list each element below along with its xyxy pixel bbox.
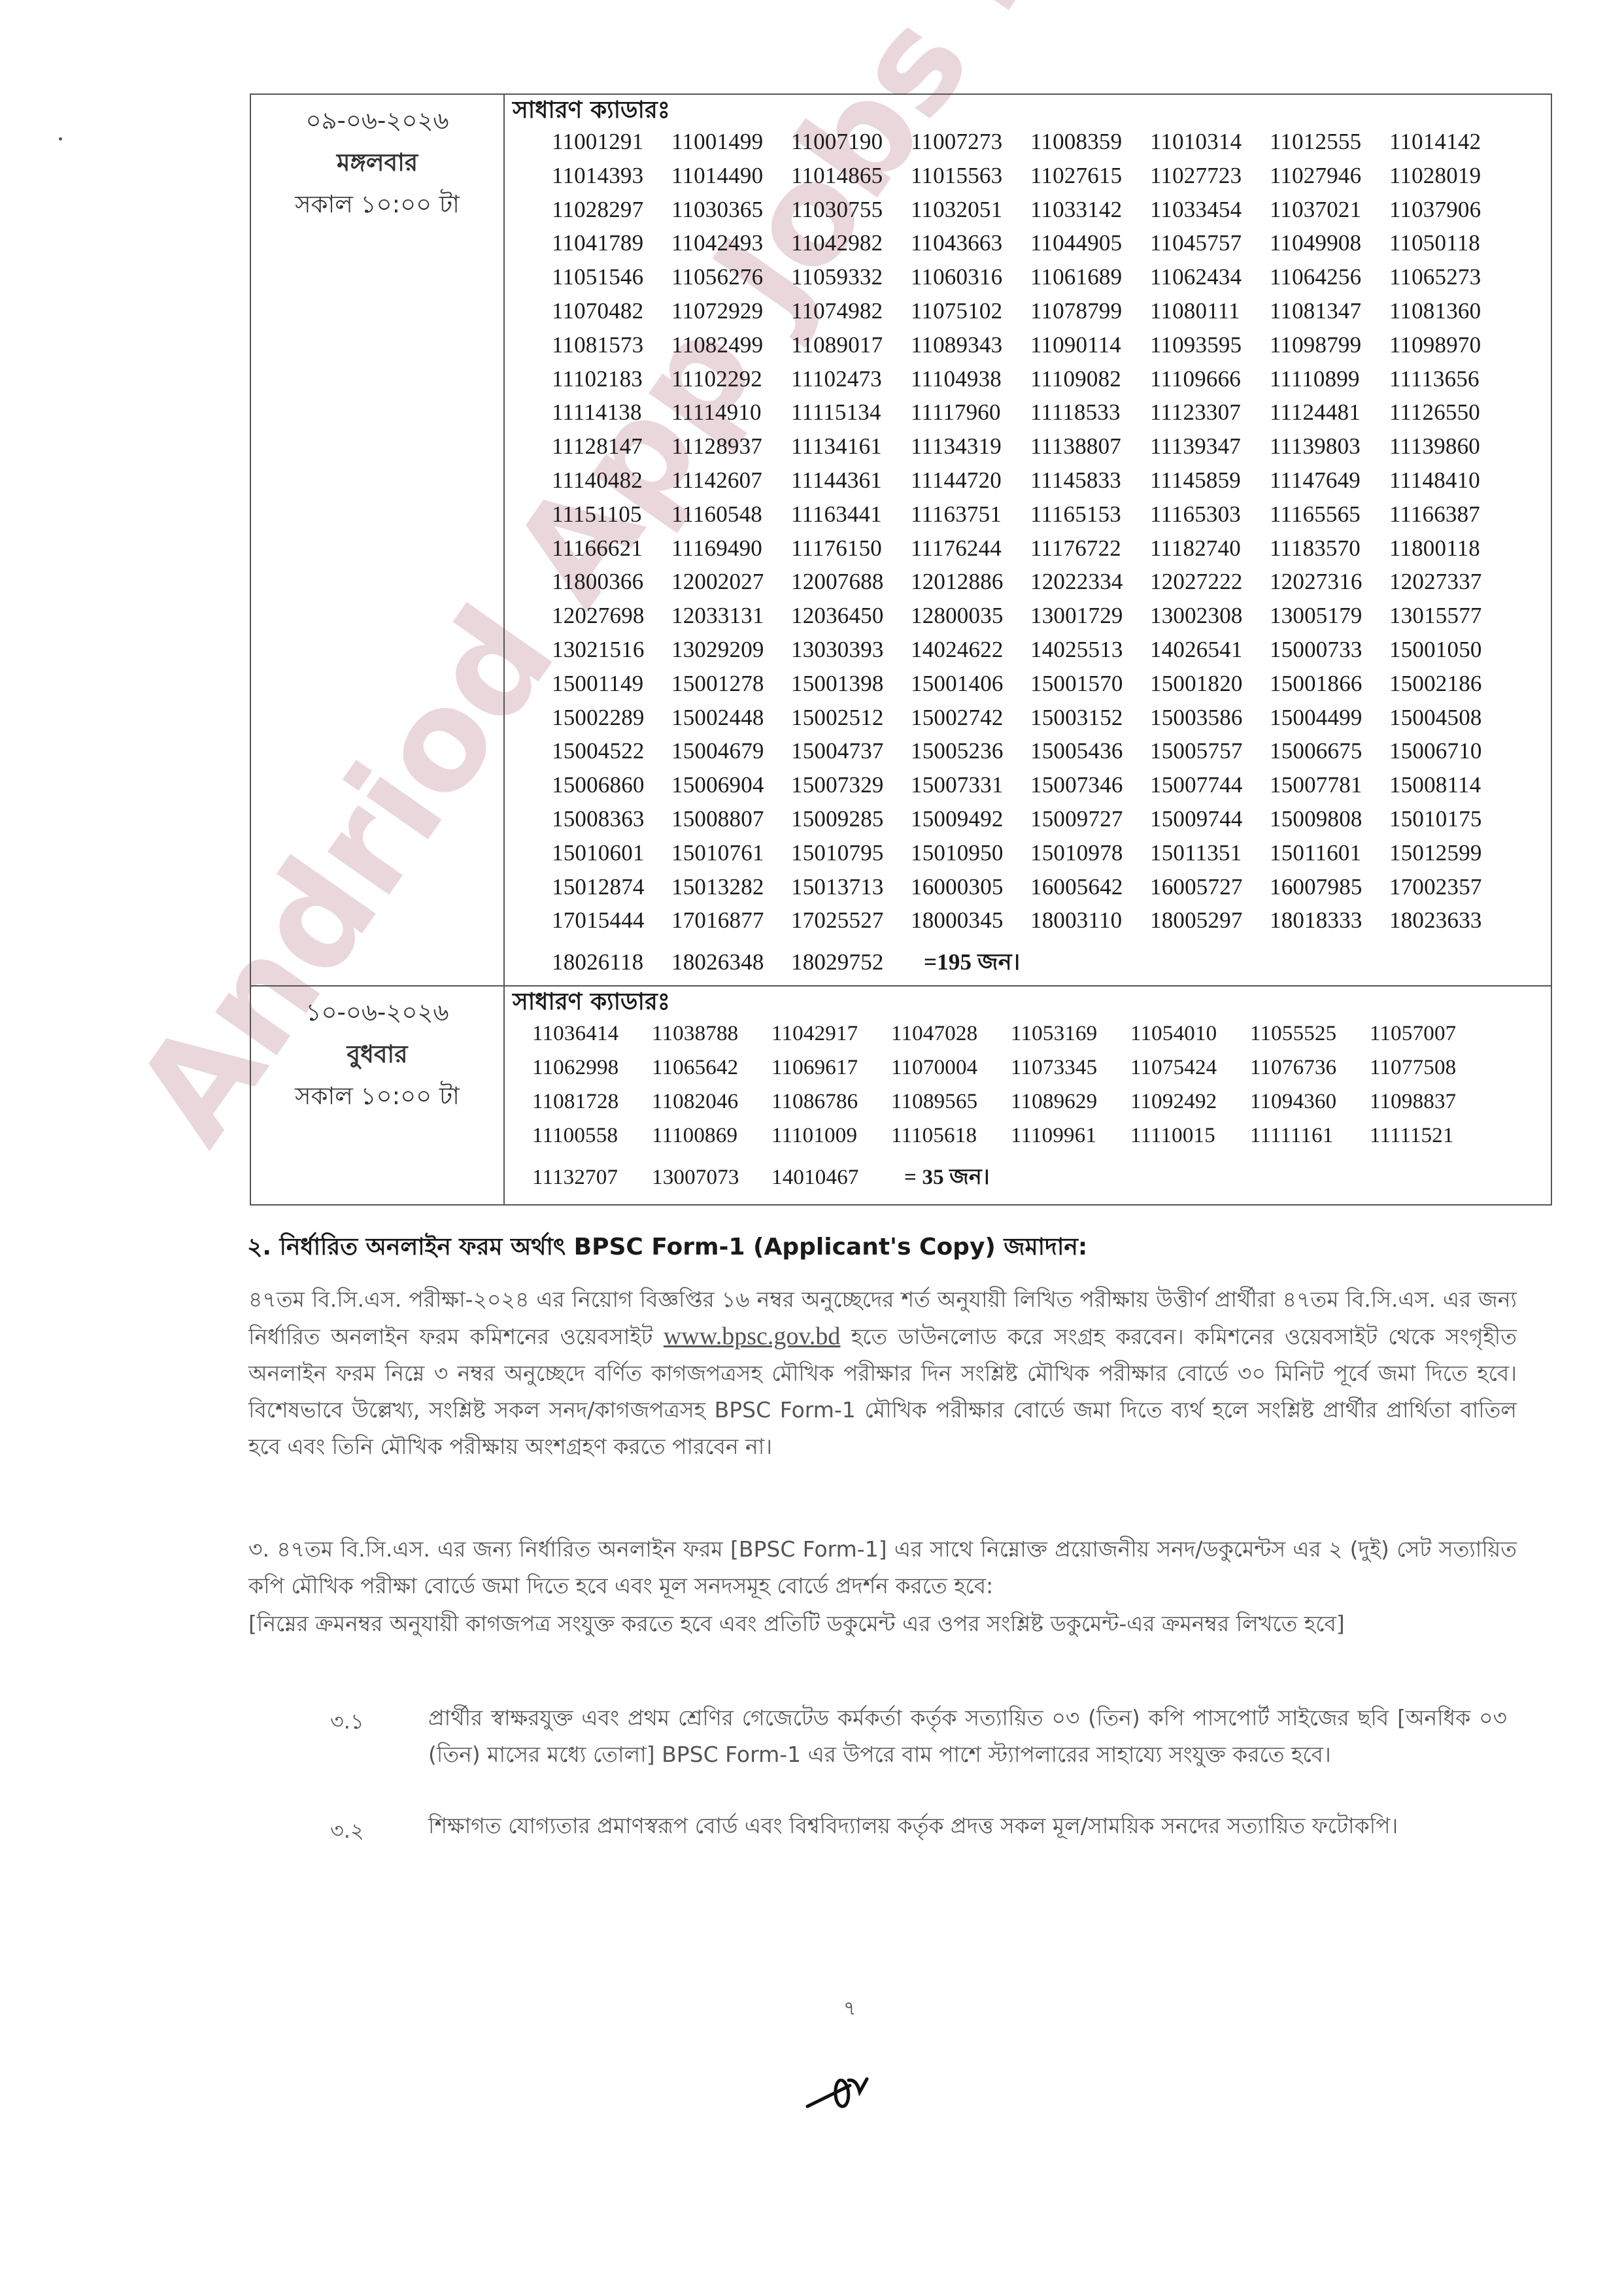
roll-number: 11086786 [771, 1085, 891, 1119]
roll-number: 11123307 [1150, 396, 1270, 430]
roll-number: 16000305 [911, 870, 1030, 904]
roll-number: 15007744 [1150, 768, 1270, 802]
roll-number: 12027698 [552, 599, 671, 633]
roll-number: 11114910 [671, 396, 791, 430]
roll-number: 15008114 [1389, 768, 1509, 802]
roll-number: 13001729 [1030, 599, 1150, 633]
roll-row: 1302151613029209130303931402462214025513… [552, 633, 1551, 667]
roll-number: 11104938 [911, 362, 1030, 396]
roll-row: 1110218311102292111024731110493811109082… [552, 362, 1551, 396]
roll-cell: সাধারণ ক্যাডারঃ 110364141103878811042917… [505, 987, 1551, 1204]
roll-number: 11042982 [791, 226, 911, 260]
roll-number: 11065273 [1389, 260, 1509, 294]
roll-row: 1100129111001499110071901100727311008359… [552, 125, 1551, 159]
roll-number: 11007273 [911, 125, 1030, 159]
roll-number: 16005642 [1030, 870, 1150, 904]
roll-number: 11027946 [1270, 159, 1389, 193]
roll-number: 11061689 [1030, 260, 1150, 294]
roll-number: 11089629 [1011, 1085, 1130, 1119]
roll-number: 11074982 [791, 294, 911, 328]
roll-number: 11062998 [532, 1051, 652, 1085]
roll-number: 15003152 [1030, 701, 1150, 735]
roll-number: 11062434 [1150, 260, 1270, 294]
roll-number: 11080111 [1150, 294, 1270, 328]
roll-number: 18026348 [671, 945, 791, 979]
roll-number: 11092492 [1130, 1085, 1250, 1119]
roll-number: 11800366 [552, 565, 671, 599]
roll-number: 11014142 [1389, 125, 1509, 159]
roll-row: 1115110511160548111634411116375111165153… [552, 498, 1551, 532]
roll-number: 15005236 [911, 734, 1030, 768]
roll-number: 11075102 [911, 294, 1030, 328]
roll-row: 180261181802634818029752=195 জন। [552, 945, 1551, 979]
roll-number: 11100869 [652, 1119, 771, 1153]
roll-number: 15006675 [1270, 734, 1389, 768]
roll-row: 1110055811100869111010091110561811109961… [532, 1119, 1551, 1153]
roll-number: 11042917 [771, 1017, 891, 1051]
roll-number: 12027337 [1389, 565, 1509, 599]
roll-number: 15001278 [671, 667, 791, 701]
roll-number: 15001149 [552, 667, 671, 701]
roll-number: 11098837 [1370, 1085, 1489, 1119]
roll-number: 15009744 [1150, 802, 1270, 836]
roll-number: 15012874 [552, 870, 671, 904]
roll-number: 15001570 [1030, 667, 1150, 701]
roll-number: 11007190 [791, 125, 911, 159]
roll-number: 11098970 [1389, 328, 1509, 362]
roll-number: 11118533 [1030, 396, 1150, 430]
roll-number: 13030393 [791, 633, 911, 667]
roll-number: 11090114 [1030, 328, 1150, 362]
roll-number: 15007346 [1030, 768, 1150, 802]
section-2-heading: ২. নির্ধারিত অনলাইন ফরম অর্থাৎ BPSC Form… [247, 1229, 1087, 1268]
roll-number: 11043663 [911, 226, 1030, 260]
roll-row: 1114048211142607111443611114472011145833… [552, 464, 1551, 498]
roll-number: 11124481 [1270, 396, 1389, 430]
roll-number: 18018333 [1270, 903, 1389, 937]
roll-number: 15011351 [1150, 836, 1270, 870]
roll-number: 15002512 [791, 701, 911, 735]
weekday: বুধবার [251, 1034, 503, 1075]
roll-number: 15009727 [1030, 802, 1150, 836]
roll-number: 12027316 [1270, 565, 1389, 599]
roll-row: 1101439311014490110148651101556311027615… [552, 159, 1551, 193]
roll-number: 11117960 [911, 396, 1030, 430]
roll-number: 15001866 [1270, 667, 1389, 701]
roll-number-list: 1100129111001499110071901100727311008359… [552, 125, 1551, 979]
weekday: মঙ্গলবার [251, 142, 503, 184]
roll-number: 11176244 [911, 532, 1030, 566]
roll-number: 11072929 [671, 294, 791, 328]
roll-number: 15002448 [671, 701, 791, 735]
roll-number: 13029209 [671, 633, 791, 667]
roll-number: 14025513 [1030, 633, 1150, 667]
roll-number: 12012886 [911, 565, 1030, 599]
roll-number: 11033454 [1150, 193, 1270, 227]
roll-row: 1500686015006904150073291500733115007346… [552, 768, 1551, 802]
roll-number: 11054010 [1130, 1017, 1250, 1051]
roll-number: 11064256 [1270, 260, 1389, 294]
roll-number: 15006860 [552, 768, 671, 802]
roll-number: 11144361 [791, 464, 911, 498]
roll-number: 12800035 [911, 599, 1030, 633]
roll-number: 17025527 [791, 903, 911, 937]
roll-number: 11057007 [1370, 1017, 1489, 1051]
roll-number: 11078799 [1030, 294, 1150, 328]
roll-number: 11042493 [671, 226, 791, 260]
roll-number: 11113656 [1389, 362, 1509, 396]
roll-number: 11132707 [532, 1160, 652, 1194]
roll-row: 1500452215004679150047371500523615005436… [552, 734, 1551, 768]
roll-number: 11059332 [791, 260, 911, 294]
roll-number: 11144720 [911, 464, 1030, 498]
roll-number: 11102183 [552, 362, 671, 396]
roll-number: 18026118 [552, 945, 671, 979]
roll-number: 11151105 [552, 498, 671, 532]
roll-number: 11069617 [771, 1051, 891, 1085]
roll-number: 15008807 [671, 802, 791, 836]
roll-row: 1103641411038788110429171104702811053169… [532, 1017, 1551, 1051]
roll-number: 15004508 [1389, 701, 1509, 735]
roll-number: 11101009 [771, 1119, 891, 1153]
roll-number: 11047028 [891, 1017, 1011, 1051]
roll-row: 1102829711030365110307551103205111033142… [552, 193, 1551, 227]
roll-number: 11028019 [1389, 159, 1509, 193]
roll-number: 11082046 [652, 1085, 771, 1119]
roll-number: 11166387 [1389, 498, 1509, 532]
roll-number: 11008359 [1030, 125, 1150, 159]
roll-number: 11076736 [1250, 1051, 1370, 1085]
roll-number: 11138807 [1030, 430, 1150, 464]
roll-number: 11142607 [671, 464, 791, 498]
roll-number: 12036450 [791, 599, 911, 633]
roll-row: 1116662111169490111761501117624411176722… [552, 532, 1551, 566]
roll-number: 14010467 [771, 1160, 891, 1194]
roll-number: 12022334 [1030, 565, 1150, 599]
viva-schedule-table: ০৯-০৬-২০২৬ মঙ্গলবার সকাল ১০:০০ টা সাধারণ… [250, 93, 1552, 1206]
roll-number: 11089017 [791, 328, 911, 362]
roll-number: 11093595 [1150, 328, 1270, 362]
roll-number: 18029752 [791, 945, 911, 979]
roll-number: 11126550 [1389, 396, 1509, 430]
roll-number: 11014490 [671, 159, 791, 193]
section-3-note: [নিম্নের ক্রমনম্বর অনুযায়ী কাগজপত্র সংয… [248, 1606, 1517, 1642]
roll-number: 11049908 [1270, 226, 1389, 260]
roll-number: 11160548 [671, 498, 791, 532]
roll-number: 11105618 [891, 1119, 1011, 1153]
roll-cell: সাধারণ ক্যাডারঃ 110012911100149911007190… [505, 95, 1551, 985]
roll-number: 11051546 [552, 260, 671, 294]
roll-number: 11001291 [552, 125, 671, 159]
roll-number: 11176150 [791, 532, 911, 566]
roll-number: 14024622 [911, 633, 1030, 667]
roll-number: 15012599 [1389, 836, 1509, 870]
roll-number: 11037021 [1270, 193, 1389, 227]
roll-number: 17002357 [1389, 870, 1509, 904]
schedule-row: ০৯-০৬-২০২৬ মঙ্গলবার সকাল ১০:০০ টা সাধারণ… [251, 95, 1551, 987]
roll-number: 11081347 [1270, 294, 1389, 328]
roll-number: 15004737 [791, 734, 911, 768]
roll-number: 11037906 [1389, 193, 1509, 227]
roll-number: 15002186 [1389, 667, 1509, 701]
roll-number: 15010950 [911, 836, 1030, 870]
date-cell: ০৯-০৬-২০২৬ মঙ্গলবার সকাল ১০:০০ টা [251, 95, 505, 985]
roll-number: 11028297 [552, 193, 671, 227]
roll-number: 12033131 [671, 599, 791, 633]
roll-number: 11148410 [1389, 464, 1509, 498]
roll-number: 11081360 [1389, 294, 1509, 328]
roll-number: 11182740 [1150, 532, 1270, 566]
roll-number: 11081573 [552, 328, 671, 362]
roll-number: 15011601 [1270, 836, 1389, 870]
roll-number: 11145859 [1150, 464, 1270, 498]
roll-number: 11012555 [1270, 125, 1389, 159]
roll-row: 1500114915001278150013981500140615001570… [552, 667, 1551, 701]
cadre-label: সাধারণ ক্যাডারঃ [513, 96, 1551, 125]
roll-number: 15003586 [1150, 701, 1270, 735]
roll-row: 1501287415013282150137131600030516005642… [552, 870, 1551, 904]
roll-number: 18003110 [1030, 903, 1150, 937]
roll-number: 15001406 [911, 667, 1030, 701]
roll-number: 15007329 [791, 768, 911, 802]
roll-number: 11070004 [891, 1051, 1011, 1085]
roll-number: 11044905 [1030, 226, 1150, 260]
roll-number: 15004679 [671, 734, 791, 768]
roll-row: 1112814711128937111341611113431911138807… [552, 430, 1551, 464]
roll-number: 12027222 [1150, 565, 1270, 599]
roll-number: 11128937 [671, 430, 791, 464]
roll-number: 15002742 [911, 701, 1030, 735]
item-text: প্রার্থীর স্বাক্ষরযুক্ত এবং প্রথম শ্রেণি… [428, 1700, 1507, 1773]
roll-number: 11027723 [1150, 159, 1270, 193]
roll-number: 11139803 [1270, 430, 1389, 464]
roll-number-list: 1103641411038788110429171104702811053169… [532, 1017, 1551, 1194]
roll-number: 15007781 [1270, 768, 1389, 802]
roll-number: 11055525 [1250, 1017, 1370, 1051]
roll-number: 11183570 [1270, 532, 1389, 566]
roll-number: 16005727 [1150, 870, 1270, 904]
roll-number: 11073345 [1011, 1051, 1130, 1085]
roll-number: 11045757 [1150, 226, 1270, 260]
roll-number: 15000733 [1270, 633, 1389, 667]
roll-number: 11139347 [1150, 430, 1270, 464]
roll-number: 11036414 [532, 1017, 652, 1051]
roll-row: 1104178911042493110429821104366311044905… [552, 226, 1551, 260]
roll-number: 11115134 [791, 396, 911, 430]
roll-number: 13015577 [1389, 599, 1509, 633]
roll-number: 11139860 [1389, 430, 1509, 464]
roll-number: 12002027 [671, 565, 791, 599]
roll-number: 12007688 [791, 565, 911, 599]
roll-number: 11010314 [1150, 125, 1270, 159]
roll-number: 11102292 [671, 362, 791, 396]
signature [804, 2066, 883, 2121]
roll-number: 15005436 [1030, 734, 1150, 768]
roll-number: 11041789 [552, 226, 671, 260]
roll-row: 1111413811114910111151341111796011118533… [552, 396, 1551, 430]
roll-number: 15009285 [791, 802, 911, 836]
roll-row: 1108172811082046110867861108956511089629… [532, 1085, 1551, 1119]
roll-number: 15010601 [552, 836, 671, 870]
roll-number: 17016877 [671, 903, 791, 937]
roll-number: 11082499 [671, 328, 791, 362]
roll-number: 15013713 [791, 870, 911, 904]
roll-number: 13005179 [1270, 599, 1389, 633]
roll-number: 11134319 [911, 430, 1030, 464]
roll-row: 1106299811065642110696171107000411073345… [532, 1051, 1551, 1085]
roll-number: 18005297 [1150, 903, 1270, 937]
roll-number: 15006904 [671, 768, 791, 802]
roll-number: 11098799 [1270, 328, 1389, 362]
roll-number: 11015563 [911, 159, 1030, 193]
roll-number: 11081728 [532, 1085, 652, 1119]
roll-number: 11100558 [532, 1119, 652, 1153]
roll-number: 11110015 [1130, 1119, 1250, 1153]
roll-row: 1500228915002448150025121500274215003152… [552, 701, 1551, 735]
roll-number: 15006710 [1389, 734, 1509, 768]
roll-number: 11050118 [1389, 226, 1509, 260]
total-count: = 35 জন। [904, 1160, 990, 1194]
scan-speck [59, 137, 62, 141]
roll-number: 15013282 [671, 870, 791, 904]
roll-number: 13002308 [1150, 599, 1270, 633]
roll-number: 13007073 [652, 1160, 771, 1194]
roll-number: 11114138 [552, 396, 671, 430]
roll-number: 15007331 [911, 768, 1030, 802]
roll-number: 15010175 [1389, 802, 1509, 836]
roll-number: 11147649 [1270, 464, 1389, 498]
roll-number: 11030755 [791, 193, 911, 227]
roll-number: 11065642 [652, 1051, 771, 1085]
roll-number: 11033142 [1030, 193, 1150, 227]
roll-number: 11089343 [911, 328, 1030, 362]
roll-number: 11163751 [911, 498, 1030, 532]
roll-number: 11089565 [891, 1085, 1011, 1119]
roll-row: 1107048211072929110749821107510211078799… [552, 294, 1551, 328]
roll-number: 11140482 [552, 464, 671, 498]
roll-number: 15001050 [1389, 633, 1509, 667]
section-3-paragraph: ৩. ৪৭তম বি.সি.এস. এর জন্য নির্ধারিত অনলা… [248, 1531, 1517, 1604]
roll-number: 15008363 [552, 802, 671, 836]
roll-number: 11128147 [552, 430, 671, 464]
roll-number: 11169490 [671, 532, 791, 566]
roll-number: 11165153 [1030, 498, 1150, 532]
roll-number: 11110899 [1270, 362, 1389, 396]
roll-row: 1180036612002027120076881201288612022334… [552, 565, 1551, 599]
roll-number: 11111161 [1250, 1119, 1370, 1153]
roll-number: 18000345 [911, 903, 1030, 937]
roll-number: 15002289 [552, 701, 671, 735]
roll-row: 1701544417016877170255271800034518003110… [552, 903, 1551, 937]
roll-number: 15004499 [1270, 701, 1389, 735]
item-number: ৩.২ [330, 1814, 364, 1849]
roll-number: 11102473 [791, 362, 911, 396]
date: ১০-০৬-২০২৬ [251, 992, 503, 1034]
bpsc-website-link[interactable]: www.bpsc.gov.bd [664, 1323, 841, 1350]
roll-row: 1108157311082499110890171108934311090114… [552, 328, 1551, 362]
roll-number: 11032051 [911, 193, 1030, 227]
roll-number: 15005757 [1150, 734, 1270, 768]
roll-number: 11165303 [1150, 498, 1270, 532]
roll-number: 11165565 [1270, 498, 1389, 532]
roll-number: 15010795 [791, 836, 911, 870]
roll-number: 14026541 [1150, 633, 1270, 667]
roll-number: 11109666 [1150, 362, 1270, 396]
roll-row: 1105154611056276110593321106031611061689… [552, 260, 1551, 294]
roll-number: 11163441 [791, 498, 911, 532]
roll-number: 15010761 [671, 836, 791, 870]
roll-number: 11176722 [1030, 532, 1150, 566]
roll-number: 11056276 [671, 260, 791, 294]
item-number: ৩.১ [330, 1705, 364, 1740]
item-text: শিক্ষাগত যোগ্যতার প্রমাণস্বরূপ বোর্ড এবং… [428, 1808, 1507, 1844]
roll-number: 11053169 [1011, 1017, 1130, 1051]
roll-number: 11109082 [1030, 362, 1150, 396]
time: সকাল ১০:০০ টা [251, 1075, 503, 1117]
roll-number: 11014865 [791, 159, 911, 193]
section-2-paragraph: ৪৭তম বি.সি.এস. পরীক্ষা-২০২৪ এর নিয়োগ বি… [248, 1281, 1517, 1465]
roll-number: 15001398 [791, 667, 911, 701]
roll-number: 15001820 [1150, 667, 1270, 701]
roll-number: 11030365 [671, 193, 791, 227]
roll-number: 15009808 [1270, 802, 1389, 836]
roll-number: 11038788 [652, 1017, 771, 1051]
roll-row: 1202769812033131120364501280003513001729… [552, 599, 1551, 633]
roll-number: 11094360 [1250, 1085, 1370, 1119]
schedule-row: ১০-০৬-২০২৬ বুধবার সকাল ১০:০০ টা সাধারণ ক… [251, 987, 1551, 1204]
time: সকাল ১০:০০ টা [251, 184, 503, 226]
roll-number: 15004522 [552, 734, 671, 768]
roll-number: 18023633 [1389, 903, 1509, 937]
roll-number: 11014393 [552, 159, 671, 193]
roll-number: 16007985 [1270, 870, 1389, 904]
roll-number: 13021516 [552, 633, 671, 667]
roll-number: 11166621 [552, 532, 671, 566]
roll-number: 11134161 [791, 430, 911, 464]
roll-number: 11001499 [671, 125, 791, 159]
roll-number: 11060316 [911, 260, 1030, 294]
roll-number: 15009492 [911, 802, 1030, 836]
roll-number: 11800118 [1389, 532, 1509, 566]
cadre-label: সাধারণ ক্যাডারঃ [513, 988, 1551, 1017]
date: ০৯-০৬-২০২৬ [251, 100, 503, 142]
roll-number: 17015444 [552, 903, 671, 937]
roll-number: 11145833 [1030, 464, 1150, 498]
roll-row: 1500836315008807150092851500949215009727… [552, 802, 1551, 836]
total-count: =195 জন। [924, 945, 1021, 979]
roll-number: 11070482 [552, 294, 671, 328]
roll-number: 15010978 [1030, 836, 1150, 870]
date-cell: ১০-০৬-২০২৬ বুধবার সকাল ১০:০০ টা [251, 987, 505, 1204]
roll-number: 11027615 [1030, 159, 1150, 193]
roll-row: 111327071300707314010467= 35 জন। [532, 1160, 1551, 1194]
roll-number: 11111521 [1370, 1119, 1489, 1153]
roll-row: 1501060115010761150107951501095015010978… [552, 836, 1551, 870]
roll-number: 11077508 [1370, 1051, 1489, 1085]
roll-number: 11075424 [1130, 1051, 1250, 1085]
page-number: ৭ [843, 1993, 856, 2026]
roll-number: 11109961 [1011, 1119, 1130, 1153]
